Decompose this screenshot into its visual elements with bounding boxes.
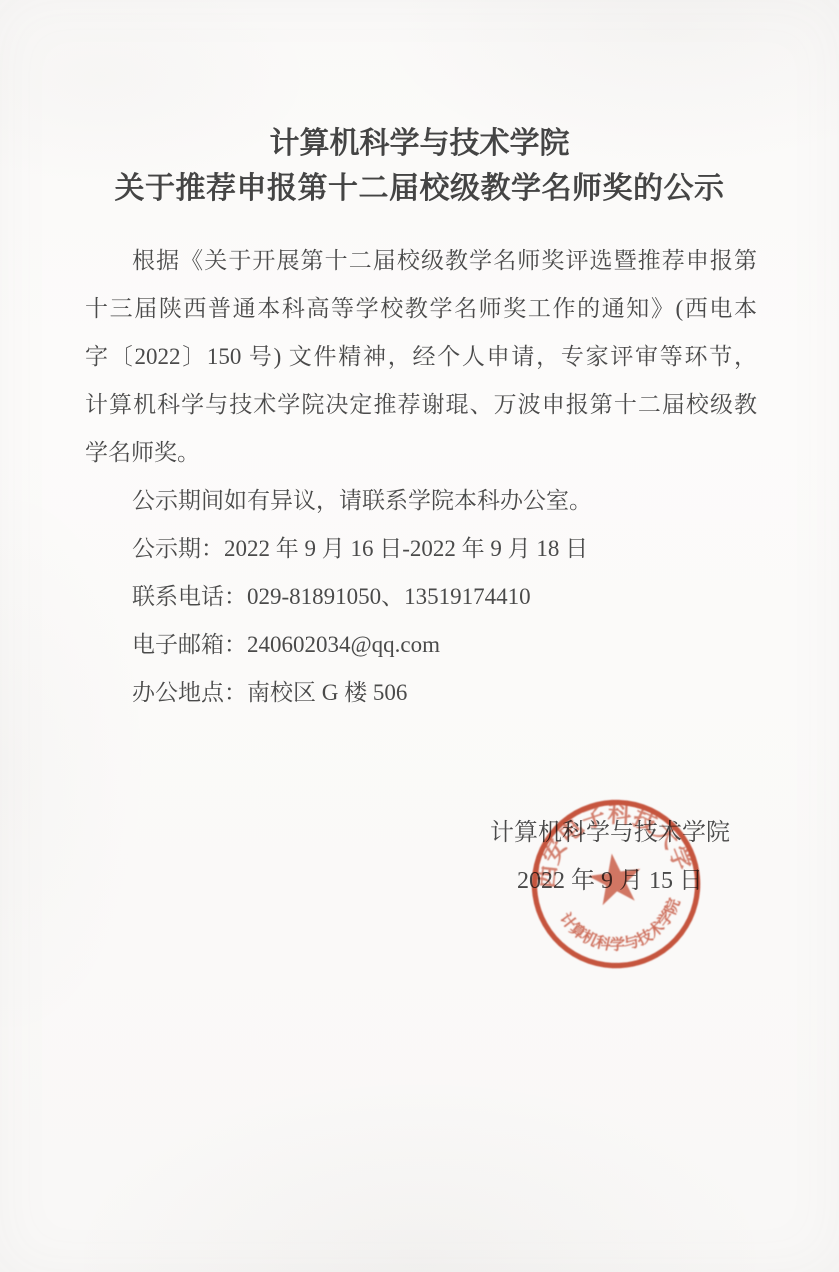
contact-email-line: 电子邮箱：240602034@qq.com — [85, 621, 757, 669]
document-title-line1: 计算机科学与技术学院 — [0, 121, 839, 166]
body-line: 字〔2022〕150 号) 文件精神，经个人申请，专家评审等环节， — [85, 333, 757, 381]
objection-note-line: 公示期间如有异议，请联系学院本科办公室。 — [85, 477, 757, 525]
notice-period-line: 公示期：2022 年 9 月 16 日-2022 年 9 月 18 日 — [85, 525, 757, 573]
document-title: 计算机科学与技术学院 关于推荐申报第十二届校级教学名师奖的公示 — [0, 121, 839, 211]
office-location-line: 办公地点：南校区 G 楼 506 — [85, 669, 757, 717]
body-line: 计算机科学与技术学院决定推荐谢琨、万波申报第十二届校级教 — [85, 381, 757, 429]
document-page: 计算机科学与技术学院 关于推荐申报第十二届校级教学名师奖的公示 根据《关于开展第… — [0, 0, 839, 1272]
body-line: 学名师奖。 — [85, 429, 757, 477]
document-title-line2: 关于推荐申报第十二届校级教学名师奖的公示 — [0, 166, 839, 211]
document-body: 根据《关于开展第十二届校级教学名师奖评选暨推荐申报第 十三届陕西普通本科高等学校… — [85, 237, 757, 717]
body-line: 十三届陕西普通本科高等学校教学名师奖工作的通知》(西电本 — [85, 285, 757, 333]
body-line: 根据《关于开展第十二届校级教学名师奖评选暨推荐申报第 — [85, 237, 757, 285]
contact-phone-line: 联系电话：029-81891050、13519174410 — [85, 573, 757, 621]
official-seal-icon: 西安电子科技大学 计算机科学与技术学院 — [496, 764, 735, 1003]
seal-star-icon — [586, 850, 645, 907]
